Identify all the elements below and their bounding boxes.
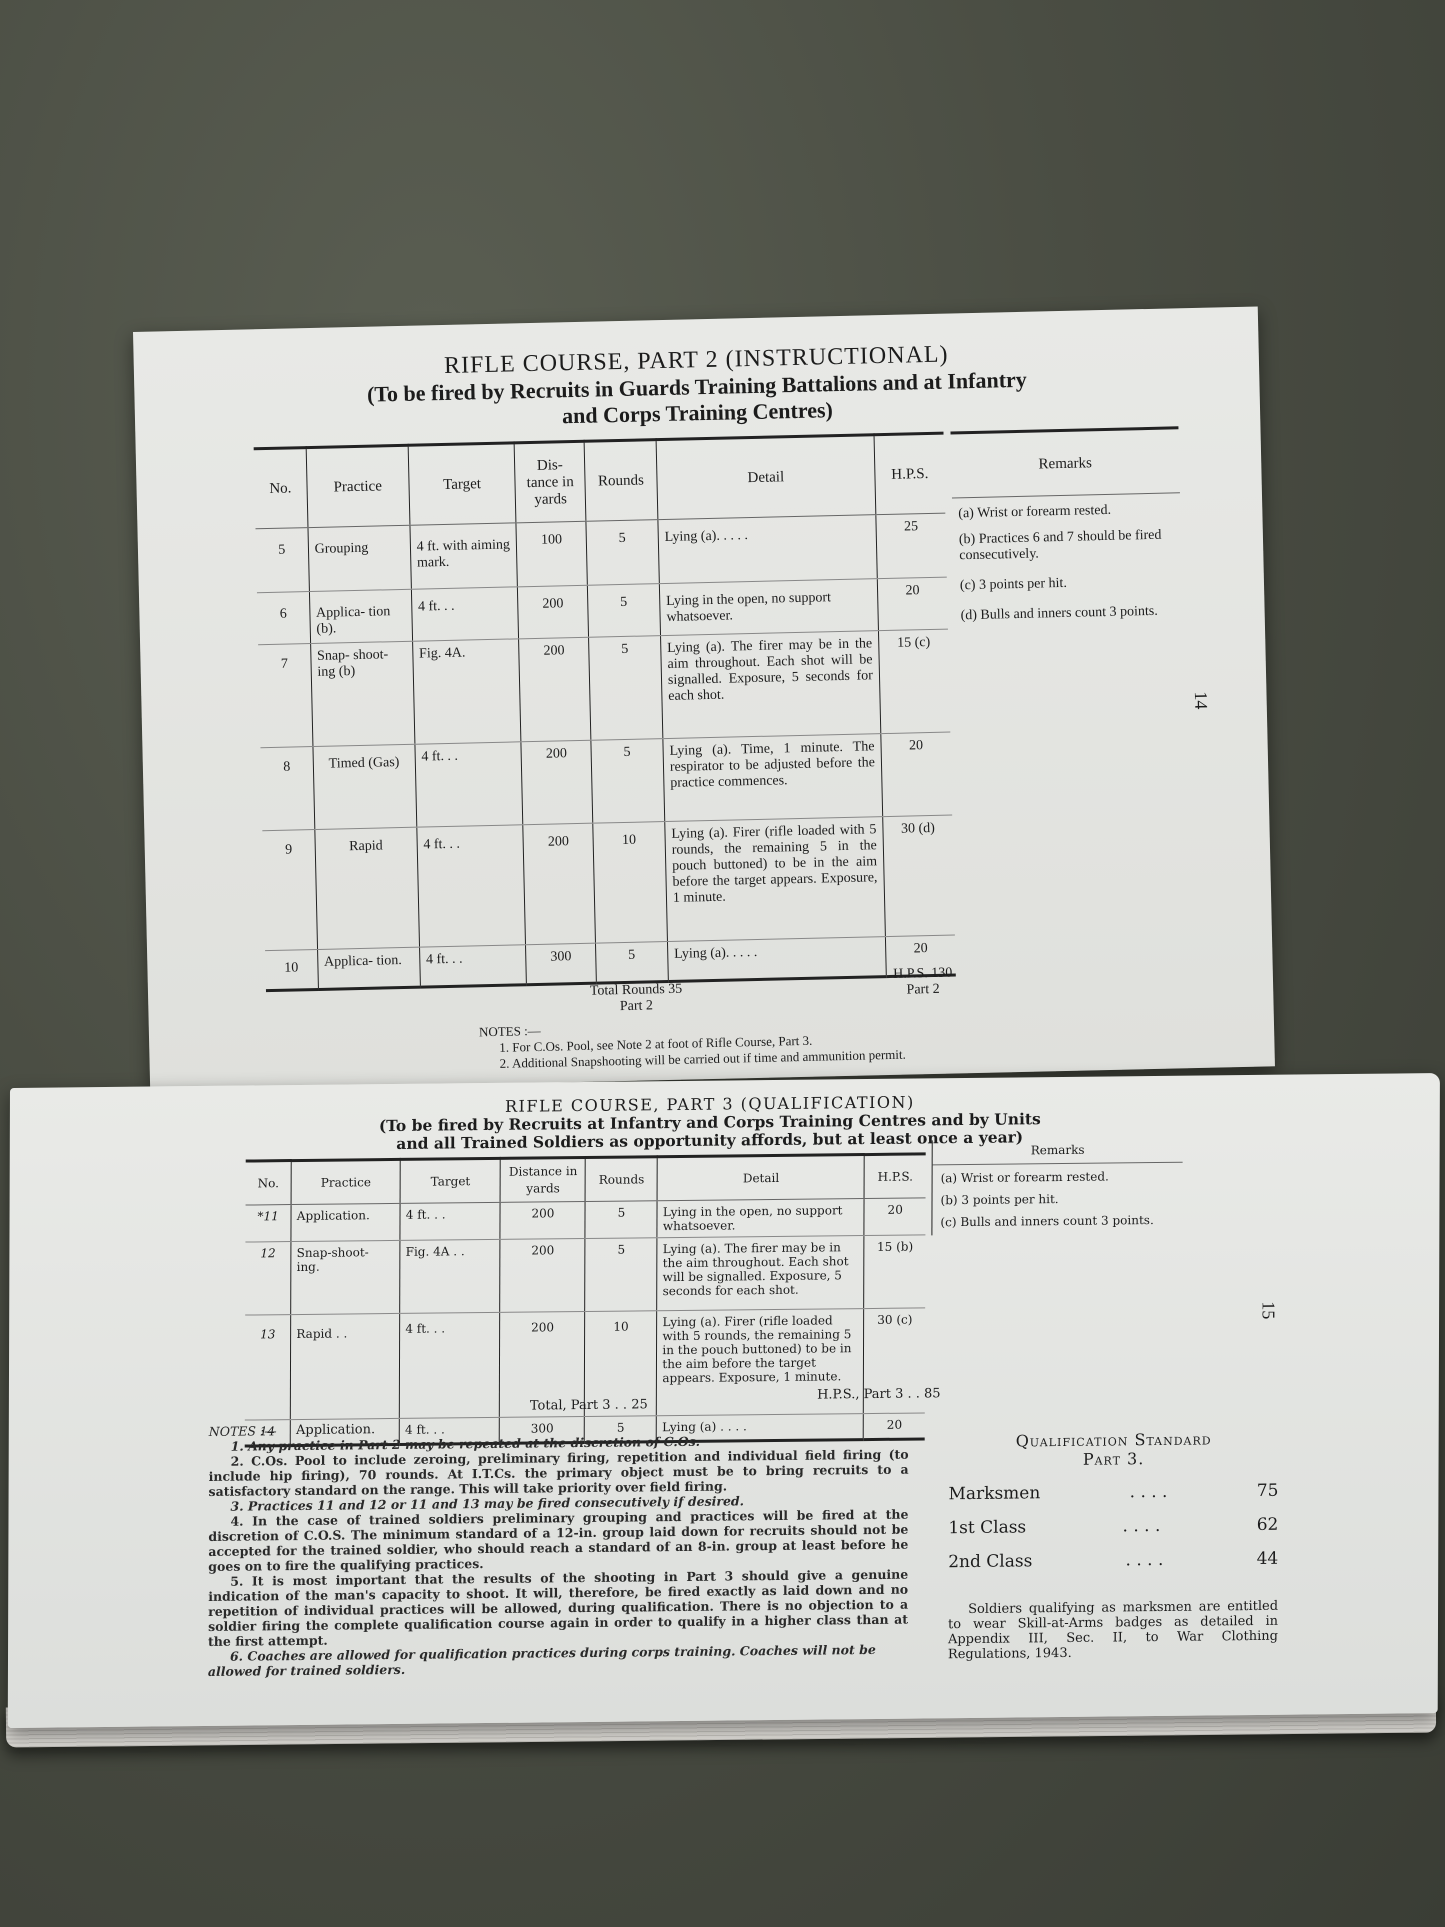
table-row: 8 Timed (Gas) 4 ft. . . 200 5 Lying (a).… — [260, 732, 952, 831]
row-no: 12 — [245, 1242, 291, 1315]
row-detail: Lying in the open, no support whatsoever… — [657, 1199, 864, 1238]
row-no: 9 — [262, 830, 317, 951]
col-practice: Practice — [291, 1159, 400, 1204]
row-practice: Snap-shoot- ing. — [291, 1240, 400, 1314]
part2-remarks: Remarks (a) Wrist or forearm rested. (b)… — [950, 426, 1183, 632]
row-target: 4 ft. . . — [400, 1202, 500, 1240]
row-hps: 25 — [876, 513, 947, 579]
row-practice: Applica- tion (b). — [309, 589, 412, 643]
remark-b: (b) Practices 6 and 7 should be fired co… — [959, 527, 1176, 564]
part3-notes: NOTES :— 1. Any practice in Part 2 may b… — [208, 1417, 909, 1679]
note-2: 2. C.Os. Pool to include zeroing, prelim… — [209, 1447, 909, 1499]
remarks-header: Remarks — [933, 1138, 1183, 1166]
row-rounds: 5 — [587, 584, 660, 638]
row-distance: 200 — [519, 637, 591, 742]
remark-d: (d) Bulls and inners count 3 points. — [960, 603, 1176, 624]
part2-hps-total: H.P.S. 130 Part 2 — [868, 965, 979, 999]
col-rounds: Rounds — [584, 440, 658, 522]
row-rounds: 5 — [591, 739, 665, 824]
remark-a: (a) Wrist or forearm rested. — [941, 1169, 1175, 1185]
row-rounds: 10 — [593, 822, 668, 944]
col-distance: Distance in yards — [501, 1157, 586, 1202]
qual-row-1st-class: 1st Class . . . . 62 — [948, 1515, 1278, 1538]
row-distance: 200 — [523, 823, 595, 945]
row-no: 6 — [257, 592, 310, 645]
remark-b: (b) 3 points per hit. — [940, 1191, 1174, 1207]
row-distance: 200 — [500, 1238, 585, 1312]
row-hps: 30 (d) — [883, 815, 955, 937]
row-target: 4 ft. . . — [415, 742, 524, 827]
col-target: Target — [400, 1158, 500, 1203]
part3-total-rounds: Total, Part 3 . . 25 — [479, 1397, 699, 1415]
row-distance: 200 — [500, 1201, 585, 1239]
qualification-standard: Qualification Standard Part 3. Marksmen … — [948, 1429, 1279, 1662]
row-hps: 20 — [881, 732, 952, 817]
note-5: 5. It is most important that the results… — [208, 1567, 908, 1649]
row-rounds: 5 — [585, 1201, 657, 1239]
row-rounds: 5 — [595, 942, 668, 984]
row-distance: 200 — [518, 585, 589, 639]
note-6: 6. Coaches are allowed for qualification… — [208, 1642, 908, 1679]
col-detail: Detail — [656, 435, 876, 520]
row-detail: Lying (a). . . . . — [658, 515, 877, 584]
remark-c: (c) Bulls and inners count 3 points. — [940, 1213, 1174, 1229]
qual-row-marksmen: Marksmen . . . . 75 — [948, 1481, 1278, 1504]
col-no: No. — [254, 448, 308, 529]
part2-notes: NOTES :— 1. For C.Os. Pool, see Note 2 a… — [479, 1012, 1040, 1073]
row-detail: Lying (a). The firer may be in the aim t… — [660, 631, 880, 739]
row-detail: Lying (a). Time, 1 minute. The respirato… — [663, 734, 883, 822]
part2-table: No. Practice Target Dis- tance in yards … — [254, 432, 956, 993]
row-no: 8 — [260, 747, 314, 831]
col-rounds: Rounds — [586, 1157, 658, 1202]
col-no: No. — [246, 1161, 292, 1205]
col-target: Target — [408, 443, 516, 525]
page-number-14: 14 — [1190, 691, 1211, 709]
table-row: 9 Rapid 4 ft. . . 200 10 Lying (a). Fire… — [262, 815, 955, 951]
row-hps: 20 — [877, 577, 948, 631]
col-distance: Dis- tance in yards — [515, 441, 586, 523]
note-4: 4. In the case of trained soldiers preli… — [208, 1507, 908, 1574]
col-practice: Practice — [306, 445, 410, 527]
row-no: 5 — [255, 528, 309, 593]
col-hps: H.P.S. — [864, 1154, 925, 1199]
row-detail: Lying (a). Firer (rifle loaded with 5 ro… — [665, 817, 886, 942]
remarks-header: Remarks — [951, 429, 1180, 498]
row-hps: 15 (c) — [878, 629, 950, 734]
row-no: 10 — [265, 949, 318, 990]
row-practice: Timed (Gas) — [313, 744, 417, 829]
row-detail: Lying (a). The firer may be in the aim t… — [657, 1236, 864, 1311]
col-hps: H.P.S. — [874, 433, 945, 515]
part2-total-rounds: Total Rounds 35 Part 2 — [566, 981, 707, 1016]
row-distance: 100 — [516, 521, 587, 587]
row-practice: Rapid . . — [291, 1313, 400, 1419]
row-target: 4 ft. . . — [411, 587, 519, 641]
row-no: 13 — [245, 1315, 291, 1420]
row-practice: Applica- tion. — [317, 947, 420, 989]
qualification-title-line2: Part 3. — [949, 1448, 1279, 1470]
part3-hps-total: H.P.S., Part 3 . . 85 — [769, 1386, 989, 1404]
row-rounds: 5 — [585, 1238, 657, 1312]
row-target: 4 ft. . . — [417, 825, 526, 947]
table-row: 12 Snap-shoot- ing. Fig. 4A . . 200 5 Ly… — [245, 1235, 925, 1315]
row-practice: Application. — [291, 1203, 400, 1241]
page-14: RIFLE COURSE, PART 2 (INSTRUCTIONAL) (To… — [133, 306, 1275, 1091]
row-practice: Grouping — [308, 525, 411, 591]
qualification-note: Soldiers qualifying as marksmen are enti… — [948, 1599, 1278, 1662]
row-target: Fig. 4A. — [412, 639, 521, 744]
remark-a: (a) Wrist or forearm rested. — [958, 501, 1174, 522]
row-target: 4 ft. with aiming mark. — [410, 523, 518, 589]
part3-remarks: Remarks (a) Wrist or forearm rested. (b)… — [931, 1138, 1182, 1236]
row-target: 4 ft. . . — [419, 945, 527, 987]
row-practice: Snap- shoot- ing (b) — [310, 641, 414, 746]
page-number-15: 15 — [1258, 1301, 1279, 1319]
row-target: Fig. 4A . . — [400, 1239, 500, 1313]
qual-row-2nd-class: 2nd Class . . . . 44 — [948, 1549, 1278, 1572]
row-rounds: 5 — [586, 520, 659, 586]
row-detail: Lying (a). . . . . — [667, 937, 886, 982]
row-no: *11 — [245, 1205, 291, 1242]
row-practice: Rapid — [315, 827, 420, 949]
row-hps: 20 — [864, 1198, 925, 1236]
col-detail: Detail — [657, 1155, 864, 1201]
row-rounds: 5 — [589, 636, 663, 741]
row-distance: 300 — [526, 943, 596, 985]
part2-header-row: No. Practice Target Dis- tance in yards … — [254, 433, 946, 529]
row-detail: Lying in the open, no support whatsoever… — [659, 579, 878, 636]
row-distance: 200 — [521, 740, 592, 825]
row-no: 7 — [258, 644, 312, 748]
page-15: RIFLE COURSE, PART 3 (QUALIFICATION) (To… — [8, 1073, 1440, 1728]
part3-header-row: No. Practice Target Distance in yards Ro… — [246, 1154, 926, 1205]
row-hps: 15 (b) — [864, 1235, 925, 1309]
remark-c: (c) 3 points per hit. — [960, 573, 1176, 594]
table-row: 7 Snap- shoot- ing (b) Fig. 4A. 200 5 Ly… — [258, 629, 950, 748]
